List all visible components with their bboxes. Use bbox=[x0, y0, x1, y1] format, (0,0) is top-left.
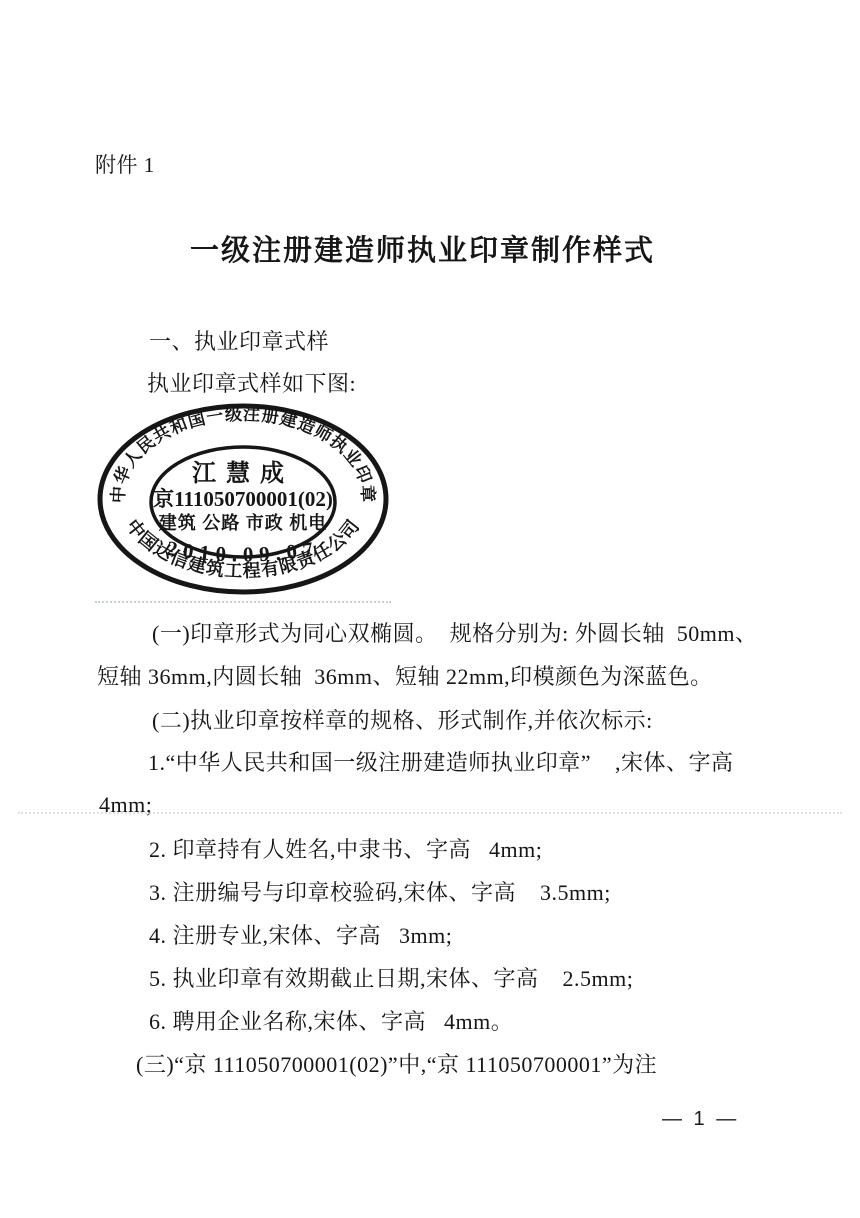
para-1-line-2: 短轴 36mm,内圆长轴 36mm、短轴 22mm,印模颜色为深蓝色。 bbox=[97, 662, 713, 692]
para-2-heading: (二)执业印章按样章的规格、形式制作,并依次标示: bbox=[152, 706, 653, 736]
page-number: — 1 — bbox=[662, 1108, 739, 1131]
document-page: 附件 1 一级注册建造师执业印章制作样式 一、执业印章式样 执业印章式样如下图:… bbox=[0, 0, 860, 1218]
section-heading: 一、执业印章式样 bbox=[149, 327, 329, 357]
para-3-line-1: (三)“京 111050700001(02)”中,“京 111050700001… bbox=[136, 1050, 657, 1080]
figure-intro: 执业印章式样如下图: bbox=[147, 369, 356, 399]
item-6: 6. 聘用企业名称,宋体、字高 4mm。 bbox=[149, 1007, 513, 1037]
item-5: 5. 执业印章有效期截止日期,宋体、字高 2.5mm; bbox=[149, 964, 633, 994]
item-4: 4. 注册专业,宋体、字高 3mm; bbox=[149, 921, 452, 951]
item-1-line-2: 4mm; bbox=[99, 790, 152, 820]
seal-majors: 建筑 公路 市政 机电 bbox=[159, 512, 328, 533]
seal-holder-name: 江慧成 bbox=[192, 460, 294, 487]
document-title: 一级注册建造师执业印章制作样式 bbox=[190, 236, 655, 266]
item-1-line-1: 1.“中华人民共和国一级注册建造师执业印章” ,宋体、字高 bbox=[148, 748, 734, 778]
practice-seal-figure: 中华人民共和国一级注册建造师执业印章 江慧成 京111050700001(02)… bbox=[94, 402, 392, 600]
item-3: 3. 注册编号与印章校验码,宋体、字高 3.5mm; bbox=[149, 878, 611, 908]
item-2: 2. 印章持有人姓名,中隶书、字高 4mm; bbox=[149, 835, 542, 865]
page-break-separator bbox=[18, 812, 842, 814]
seal-bottom-separator bbox=[95, 601, 391, 603]
attachment-label: 附件 1 bbox=[95, 150, 155, 180]
seal-registration-number: 京111050700001(02) bbox=[153, 487, 333, 511]
para-1-line-1: (一)印章形式为同心双椭圆。 规格分别为: 外圆长轴 50mm、 bbox=[152, 619, 758, 649]
